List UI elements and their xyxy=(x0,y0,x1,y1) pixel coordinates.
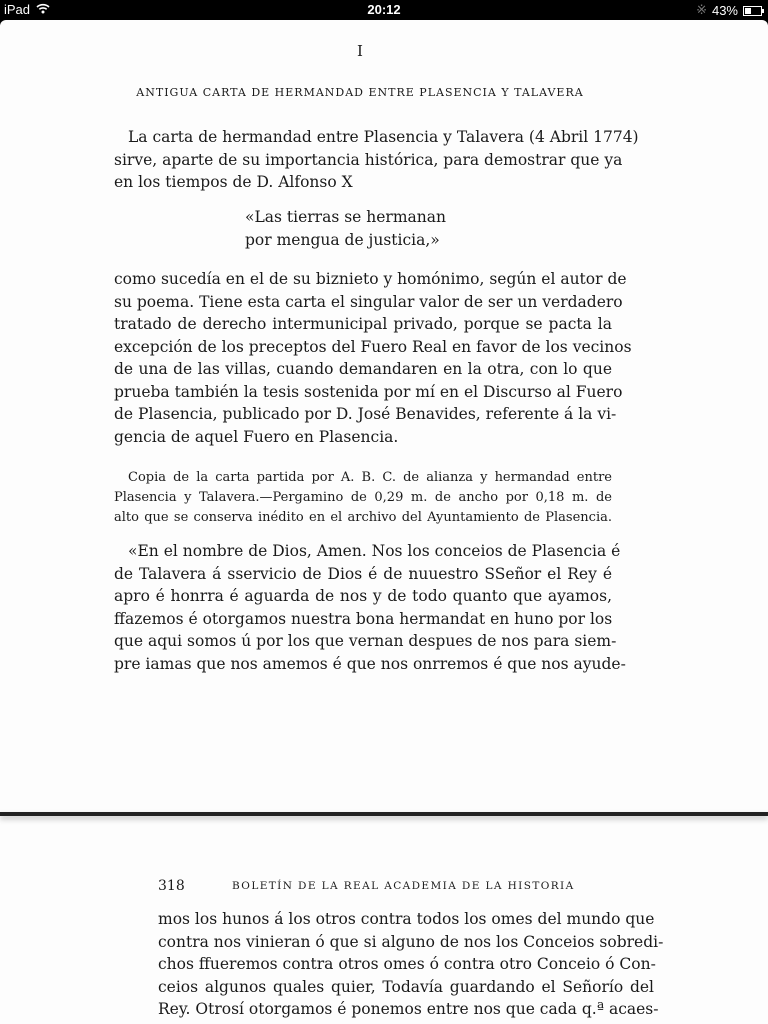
text-line: Plasencia y Talavera.—Pergamino de 0,29 … xyxy=(114,488,612,508)
text-line: Copia de la carta partida por A. B. C. d… xyxy=(114,468,612,488)
journal-title: BOLETÍN DE LA REAL ACADEMIA DE LA HISTOR… xyxy=(232,880,575,892)
text-line: chos ffueremos contra otros omes ó contr… xyxy=(158,953,654,976)
text-line: La carta de hermandad entre Plasencia y … xyxy=(114,126,612,149)
bluetooth-icon: ※ xyxy=(696,2,707,18)
paragraph-charter-text: «En el nombre de Dios, Amen. Nos los con… xyxy=(114,540,612,675)
battery-icon xyxy=(743,6,762,16)
text-line: tratado de derecho intermunicipal privad… xyxy=(114,313,612,336)
text-line: que aqui somos ú por los que vernan desp… xyxy=(114,630,612,653)
text-line: sirve, aparte de su importancia históric… xyxy=(114,149,612,172)
paragraph-continuation: mos los hunos á los otros contra todos l… xyxy=(158,908,654,1021)
text-line: en los tiempos de D. Alfonso X xyxy=(114,171,612,194)
text-line: su poema. Tiene esta carta el singular v… xyxy=(114,291,612,314)
text-line: ceios algunos quales quier, Todavía guar… xyxy=(158,976,654,999)
chapter-title: ANTIGUA CARTA DE HERMANDAD ENTRE PLASENC… xyxy=(130,86,590,99)
text-line: «En el nombre de Dios, Amen. Nos los con… xyxy=(114,540,612,563)
text-line: de Plasencia, publicado por D. José Bena… xyxy=(114,403,612,426)
text-line: mos los hunos á los otros contra todos l… xyxy=(158,908,654,931)
text-line: alto que se conserva inédito en el archi… xyxy=(114,508,612,528)
text-line: como sucedía en el de su biznieto y homó… xyxy=(114,268,612,291)
text-line: de Talavera á sservicio de Dios é de nuu… xyxy=(114,563,612,586)
verse-line: por mengua de justicia,» xyxy=(245,229,446,252)
text-line: excepción de los preceptos del Fuero Rea… xyxy=(114,336,612,359)
status-bar: iPad 20:12 ※ 43% xyxy=(0,0,768,20)
clock: 20:12 xyxy=(0,2,768,17)
document-reader[interactable]: I ANTIGUA CARTA DE HERMANDAD ENTRE PLASE… xyxy=(0,20,768,1024)
chapter-number: I xyxy=(0,42,720,60)
document-note: Copia de la carta partida por A. B. C. d… xyxy=(114,468,612,528)
text-line: gencia de aquel Fuero en Plasencia. xyxy=(114,426,612,449)
text-line: apro é honrra é aguarda de nos y de todo… xyxy=(114,585,612,608)
paragraph-intro: La carta de hermandad entre Plasencia y … xyxy=(114,126,612,194)
verse-line: «Las tierras se hermanan xyxy=(245,206,446,229)
page-318: 318 BOLETÍN DE LA REAL ACADEMIA DE LA HI… xyxy=(0,816,768,1024)
text-line: Rey. Otrosí otorgamos é ponemos entre no… xyxy=(158,998,654,1021)
text-line: ffazemos é otorgamos nuestra bona herman… xyxy=(114,608,612,631)
page-317: I ANTIGUA CARTA DE HERMANDAD ENTRE PLASE… xyxy=(0,20,768,812)
battery-percent: 43% xyxy=(712,3,738,18)
text-line: contra nos vinieran ó que si alguno de n… xyxy=(158,931,654,954)
page-number: 318 xyxy=(158,878,185,894)
verse-quote: «Las tierras se hermanan por mengua de j… xyxy=(245,206,446,251)
text-line: pre iamas que nos amemos é que nos onrre… xyxy=(114,653,612,676)
text-line: prueba también la tesis sostenida por mí… xyxy=(114,381,612,404)
text-line: de una de las villas, cuando demandaren … xyxy=(114,358,612,381)
paragraph-commentary: como sucedía en el de su biznieto y homó… xyxy=(114,268,612,448)
